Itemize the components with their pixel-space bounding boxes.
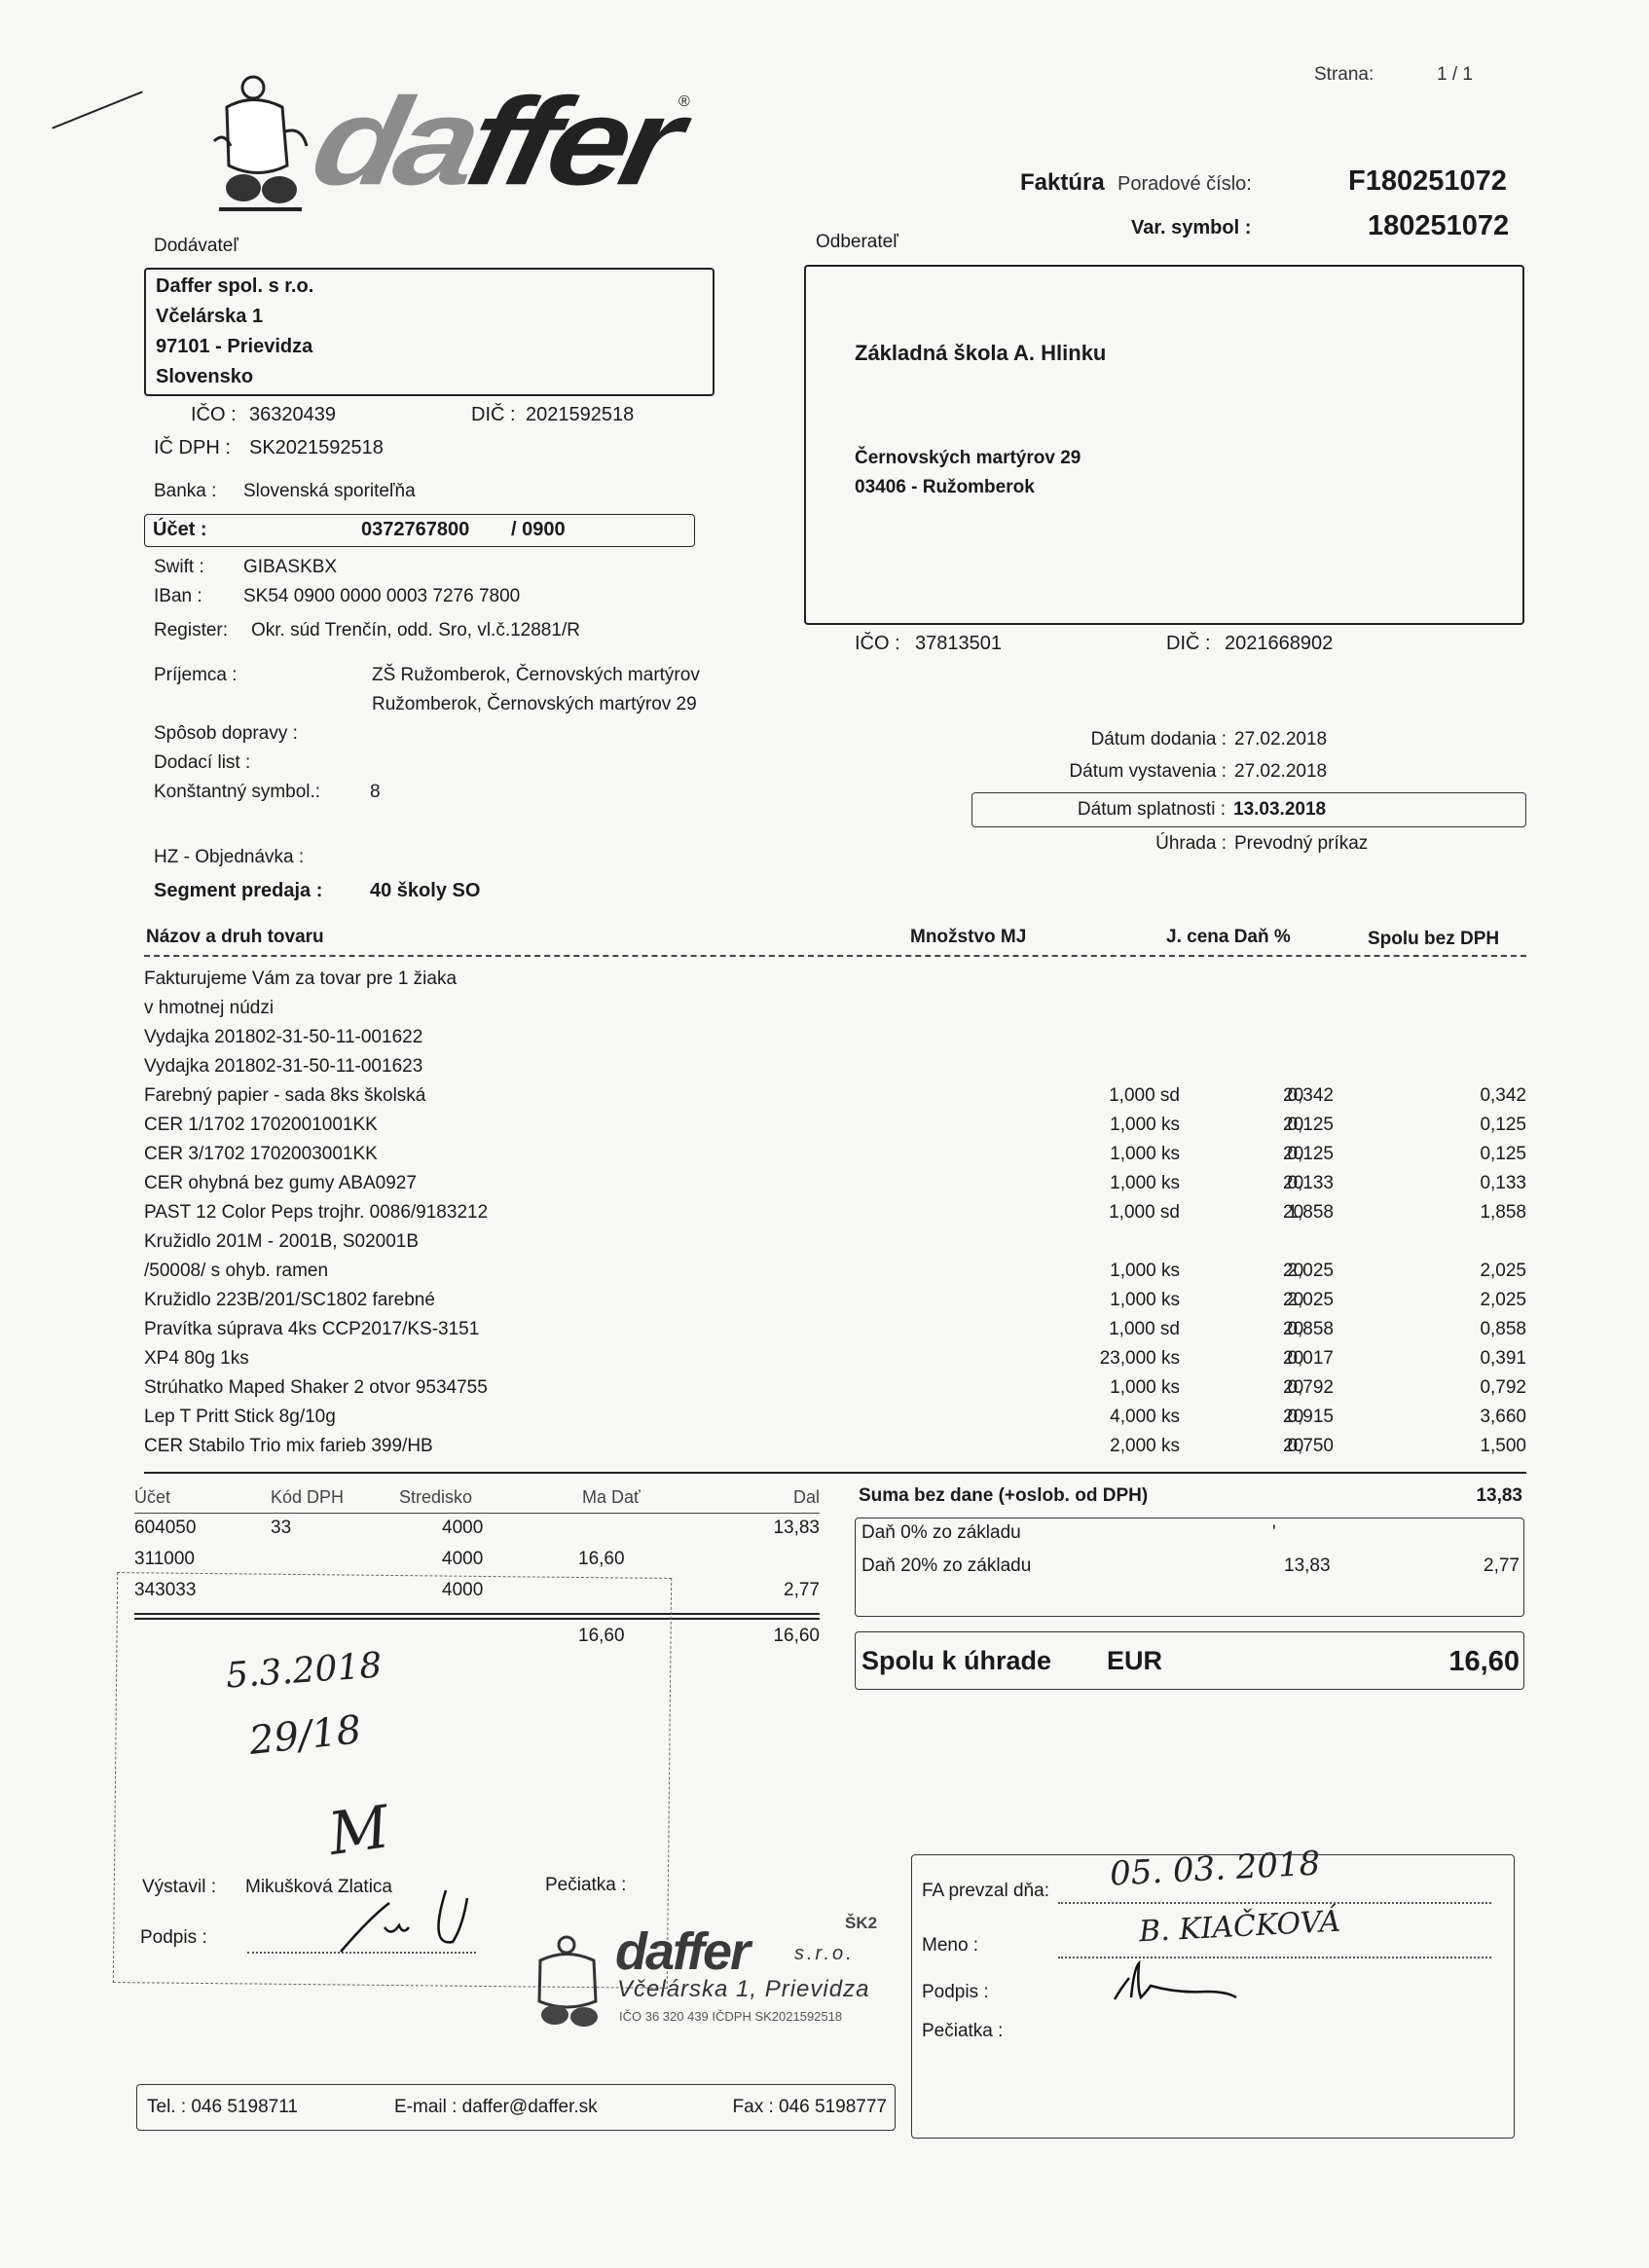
- item-quantity: 1,000 ks: [1110, 1377, 1180, 1399]
- stamp-address: Včelárska 1, Prievidza: [617, 1976, 869, 2003]
- payment-method: Prevodný príkaz: [1234, 833, 1368, 855]
- issuer-stamp-label: Pečiatka :: [545, 1875, 626, 1896]
- table-row: CER Stabilo Trio mix farieb 399/HB2,000 …: [144, 1436, 1526, 1465]
- ledger-vat-code: 33: [271, 1518, 291, 1539]
- footer-phone: Tel. : 046 5198711: [147, 2097, 298, 2118]
- issuer-signature: [331, 1888, 477, 1957]
- table-row: Vydajka 201802-31-50-11-001622: [144, 1027, 1526, 1056]
- ledger-credit: 13,83: [773, 1518, 820, 1539]
- item-name: Farebný papier - sada 8ks školská: [144, 1085, 425, 1107]
- ledger-header-credit: Dal: [793, 1487, 820, 1508]
- issue-date-label: Dátum vystavenia :: [973, 761, 1227, 783]
- item-name: CER Stabilo Trio mix farieb 399/HB: [144, 1436, 433, 1457]
- item-tax-rate: 20: [1283, 1261, 1303, 1282]
- item-quantity: 1,000 sd: [1109, 1319, 1180, 1340]
- table-row: Kružidlo 223B/201/SC1802 farebné1,000 ks…: [144, 1290, 1526, 1319]
- company-logo: daffer ®: [209, 68, 696, 214]
- item-total: 0,792: [1480, 1377, 1526, 1399]
- table-row: Strúhatko Maped Shaker 2 otvor 95347551,…: [144, 1377, 1526, 1407]
- tax20-amount: 2,77: [1484, 1555, 1520, 1577]
- ledger-credit: 2,77: [784, 1580, 820, 1601]
- table-row: v hmotnej núdzi: [144, 998, 1526, 1027]
- iban-value: SK54 0900 0000 0003 7276 7800: [243, 586, 520, 607]
- subtotal-label: Suma bez dane (+oslob. od DPH): [859, 1485, 1148, 1507]
- iban-label: IBan :: [154, 586, 202, 607]
- bank-name: Slovenská sporiteľňa: [243, 481, 416, 502]
- ledger-header-account: Účet: [134, 1487, 170, 1508]
- item-name: Fakturujeme Vám za tovar pre 1 žiaka: [144, 969, 457, 990]
- page-label: Strana:: [1314, 64, 1374, 86]
- total-label: Spolu k úhrade: [861, 1646, 1051, 1676]
- item-total: 0,125: [1480, 1144, 1526, 1165]
- logo-wordmark: daffer: [303, 79, 685, 203]
- recipient-line1: ZŠ Ružomberok, Černovských martýrov: [372, 665, 700, 686]
- table-row: Kružidlo 201M - 2001B, S02001B: [144, 1231, 1526, 1261]
- item-total: 0,342: [1480, 1085, 1526, 1107]
- total-amount: 16,60: [1448, 1646, 1520, 1678]
- table-row: PAST 12 Color Peps trojhr. 0086/91832121…: [144, 1202, 1526, 1231]
- delivery-date: 27.02.2018: [1234, 729, 1327, 750]
- recipient-label: Príjemca :: [154, 665, 238, 686]
- stamp-mascot-icon: [526, 1933, 613, 2030]
- table-row: Fakturujeme Vám za tovar pre 1 žiaka: [144, 969, 1526, 998]
- item-name: Pravítka súprava 4ks CCP2017/KS-3151: [144, 1319, 479, 1340]
- supplier-ico: 36320439: [249, 404, 336, 426]
- item-tax-rate: 20: [1283, 1173, 1303, 1194]
- customer-dic: 2021668902: [1225, 633, 1333, 655]
- issued-by-label: Výstavil :: [142, 1877, 216, 1898]
- item-name: /50008/ s ohyb. ramen: [144, 1261, 328, 1282]
- item-name: v hmotnej núdzi: [144, 998, 274, 1019]
- supplier-icdph: SK2021592518: [249, 437, 384, 459]
- supplier-city: 97101 - Prievidza: [156, 336, 312, 358]
- bank-label: Banka :: [154, 481, 216, 502]
- constant-symbol: 8: [370, 782, 381, 803]
- customer-dic-label: DIČ :: [1166, 633, 1211, 655]
- table-row: Farebný papier - sada 8ks školská1,000 s…: [144, 1085, 1526, 1115]
- recipient-line2: Ružomberok, Černovských martýrov 29: [372, 694, 697, 715]
- transport-label: Spôsob dopravy :: [154, 723, 298, 745]
- item-total: 3,660: [1480, 1407, 1526, 1428]
- supplier-street: Včelárska 1: [156, 306, 263, 328]
- supplier-box: Daffer spol. s r.o. Včelárska 1 97101 - …: [144, 268, 715, 396]
- table-row: CER 3/1702 1702003001KK1,000 ks0,125200,…: [144, 1144, 1526, 1173]
- item-name: CER 1/1702 1702001001KK: [144, 1115, 378, 1136]
- table-row: Pravítka súprava 4ks CCP2017/KS-31511,00…: [144, 1319, 1526, 1348]
- col-total-header: Spolu bez DPH: [1368, 929, 1499, 950]
- receiver-signature-label: Podpis :: [922, 1982, 989, 2003]
- item-tax-rate: 20: [1283, 1115, 1303, 1136]
- supplier-country: Slovensko: [156, 366, 253, 388]
- ledger-debit: 16,60: [578, 1549, 625, 1570]
- ledger-account: 604050: [134, 1518, 196, 1539]
- due-date: 13.03.2018: [1233, 799, 1326, 821]
- item-name: PAST 12 Color Peps trojhr. 0086/9183212: [144, 1202, 488, 1224]
- supplier-icdph-label: IČ DPH :: [154, 437, 231, 459]
- delivery-note-label: Dodací list :: [154, 752, 250, 774]
- items-bottom-divider: [144, 1472, 1526, 1474]
- stamp-ids: IČO 36 320 439 IČDPH SK2021592518: [619, 2009, 842, 2024]
- item-total: 1,858: [1480, 1202, 1526, 1224]
- ledger-center: 4000: [442, 1518, 483, 1539]
- received-date-label: FA prevzal dňa:: [922, 1881, 1049, 1902]
- stamp-brand: daffer: [615, 1921, 749, 1982]
- supplier-label: Dodávateľ: [154, 236, 238, 257]
- supplier-name: Daffer spol. s r.o.: [156, 275, 313, 298]
- item-tax-rate: 20: [1283, 1144, 1303, 1165]
- account-box: Účet : 0372767800 / 0900: [144, 514, 695, 547]
- issue-date: 27.02.2018: [1234, 761, 1327, 783]
- due-date-box: Dátum splatnosti : 13.03.2018: [971, 792, 1526, 827]
- stamp-legal: s.r.o.: [794, 1943, 855, 1965]
- tax0-base: ': [1272, 1522, 1276, 1544]
- issuer-signature-label: Podpis :: [140, 1927, 207, 1949]
- ledger-header-debit: Ma Dať: [582, 1487, 641, 1508]
- item-name: CER 3/1702 1702003001KK: [144, 1144, 378, 1165]
- footer-email: E-mail : daffer@daffer.sk: [394, 2097, 598, 2118]
- handwritten-initial: M: [324, 1793, 393, 1869]
- footer-contact-box: Tel. : 046 5198711 E-mail : daffer@daffe…: [136, 2084, 896, 2131]
- item-quantity: 23,000 ks: [1100, 1348, 1180, 1370]
- item-name: Strúhatko Maped Shaker 2 otvor 9534755: [144, 1377, 488, 1399]
- item-quantity: 1,000 sd: [1109, 1202, 1180, 1224]
- item-quantity: 1,000 ks: [1110, 1261, 1180, 1282]
- pen-mark: [52, 91, 142, 128]
- item-quantity: 1,000 ks: [1110, 1115, 1180, 1136]
- item-quantity: 1,000 sd: [1109, 1085, 1180, 1107]
- customer-ico-label: IČO :: [855, 633, 900, 655]
- item-total: 0,391: [1480, 1348, 1526, 1370]
- invoice-type: Faktúra: [1020, 169, 1105, 197]
- item-name: CER ohybná bez gumy ABA0927: [144, 1173, 417, 1194]
- stamp-mark: ŠK2: [845, 1914, 877, 1933]
- item-tax-rate: 20: [1283, 1436, 1303, 1457]
- col-name-header: Názov a druh tovaru: [146, 927, 324, 948]
- registered-mark: ®: [678, 93, 690, 111]
- item-quantity: 1,000 ks: [1110, 1290, 1180, 1311]
- order-label: HZ - Objednávka :: [154, 847, 304, 868]
- item-tax-rate: 20: [1283, 1407, 1303, 1428]
- items-table: Fakturujeme Vám za tovar pre 1 žiakav hm…: [144, 969, 1526, 1465]
- item-tax-rate: 20: [1283, 1377, 1303, 1399]
- item-name: Kružidlo 201M - 2001B, S02001B: [144, 1231, 419, 1253]
- customer-label: Odberateľ: [816, 232, 898, 253]
- table-row: Lep T Pritt Stick 8g/10g4,000 ks0,915203…: [144, 1407, 1526, 1436]
- item-tax-rate: 20: [1283, 1319, 1303, 1340]
- item-quantity: 4,000 ks: [1110, 1407, 1180, 1428]
- item-name: Vydajka 201802-31-50-11-001623: [144, 1056, 422, 1078]
- swift-label: Swift :: [154, 557, 204, 578]
- table-row: XP4 80g 1ks23,000 ks0,017200,391: [144, 1348, 1526, 1377]
- item-total: 2,025: [1480, 1290, 1526, 1311]
- company-stamp: daffer s.r.o. ŠK2 Včelárska 1, Prievidza…: [526, 1914, 896, 2040]
- tax0-label: Daň 0% zo základu: [861, 1522, 1021, 1544]
- item-tax-rate: 20: [1283, 1348, 1303, 1370]
- item-tax-rate: 20: [1283, 1290, 1303, 1311]
- item-tax-rate: 20: [1283, 1085, 1303, 1107]
- supplier-dic: 2021592518: [526, 404, 634, 426]
- item-quantity: 2,000 ks: [1110, 1436, 1180, 1457]
- ledger-total-credit: 16,60: [773, 1626, 820, 1647]
- table-row: CER ohybná bez gumy ABA09271,000 ks0,133…: [144, 1173, 1526, 1202]
- item-tax-rate: 20: [1283, 1202, 1303, 1224]
- item-quantity: 1,000 ks: [1110, 1144, 1180, 1165]
- item-name: Kružidlo 223B/201/SC1802 farebné: [144, 1290, 435, 1311]
- col-qty-header: Množstvo MJ: [910, 927, 1026, 948]
- total-currency: EUR: [1107, 1646, 1162, 1676]
- receiver-stamp-label: Pečiatka :: [922, 2021, 1003, 2042]
- customer-name: Základná škola A. Hlinku: [855, 341, 1106, 366]
- page-number: 1 / 1: [1437, 64, 1473, 86]
- due-date-label: Dátum splatnosti :: [972, 799, 1226, 821]
- ledger-header-center: Stredisko: [399, 1487, 472, 1508]
- item-name: XP4 80g 1ks: [144, 1348, 249, 1370]
- item-quantity: 1,000 ks: [1110, 1173, 1180, 1194]
- header-divider: [144, 955, 1526, 957]
- account-label: Účet :: [153, 519, 207, 541]
- invoice-number-label: Poradové číslo:: [1118, 173, 1252, 196]
- payment-label: Úhrada :: [973, 833, 1227, 855]
- receiver-name-label: Meno :: [922, 1935, 978, 1957]
- customer-box: Základná škola A. Hlinku Černovských mar…: [804, 265, 1524, 625]
- table-row: Vydajka 201802-31-50-11-001623: [144, 1056, 1526, 1085]
- ledger-header-vat: Kód DPH: [271, 1487, 344, 1508]
- item-total: 0,858: [1480, 1319, 1526, 1340]
- segment-value: 40 školy SO: [370, 880, 480, 902]
- footer-fax: Fax : 046 5198777: [733, 2097, 887, 2118]
- item-name: Vydajka 201802-31-50-11-001622: [144, 1027, 422, 1048]
- item-total: 0,125: [1480, 1115, 1526, 1136]
- item-name: Lep T Pritt Stick 8g/10g: [144, 1407, 336, 1428]
- tax-box: Daň 0% zo základu ' Daň 20% zo základu 1…: [855, 1518, 1524, 1617]
- var-symbol: 180251072: [1368, 210, 1509, 242]
- supplier-ico-label: IČO :: [191, 404, 237, 426]
- receiver-signature: [1110, 1958, 1285, 2007]
- var-symbol-label: Var. symbol :: [1131, 217, 1251, 239]
- customer-street: Černovských martýrov 29: [855, 448, 1081, 469]
- ledger-center: 4000: [442, 1549, 483, 1570]
- delivery-date-label: Dátum dodania :: [973, 729, 1227, 750]
- segment-label: Segment predaja :: [154, 880, 322, 902]
- table-row: CER 1/1702 1702001001KK1,000 ks0,125200,…: [144, 1115, 1526, 1144]
- supplier-dic-label: DIČ :: [471, 404, 516, 426]
- account-number: 0372767800: [361, 519, 469, 541]
- table-row: /50008/ s ohyb. ramen1,000 ks2,025202,02…: [144, 1261, 1526, 1290]
- ledger-row: 60405033400013,83: [134, 1518, 820, 1549]
- ledger-account: 311000: [134, 1549, 195, 1570]
- customer-ico: 37813501: [915, 633, 1002, 655]
- constant-symbol-label: Konštantný symbol.:: [154, 782, 320, 803]
- swift-code: GIBASKBX: [243, 557, 337, 578]
- total-box: Spolu k úhrade EUR 16,60: [855, 1631, 1524, 1690]
- tax20-label: Daň 20% zo základu: [861, 1555, 1031, 1577]
- item-total: 1,500: [1480, 1436, 1526, 1457]
- item-total: 2,025: [1480, 1261, 1526, 1282]
- item-total: 0,133: [1480, 1173, 1526, 1194]
- register-label: Register:: [154, 620, 228, 641]
- invoice-number: F180251072: [1348, 165, 1507, 198]
- customer-city: 03406 - Ružomberok: [855, 477, 1035, 498]
- bank-code: / 0900: [511, 519, 566, 541]
- col-price-tax-header: J. cena Daň %: [1166, 927, 1291, 948]
- subtotal-value: 13,83: [1402, 1485, 1522, 1507]
- tax20-base: 13,83: [1284, 1555, 1331, 1577]
- register-value: Okr. súd Trenčín, odd. Sro, vl.č.12881/R: [251, 620, 580, 641]
